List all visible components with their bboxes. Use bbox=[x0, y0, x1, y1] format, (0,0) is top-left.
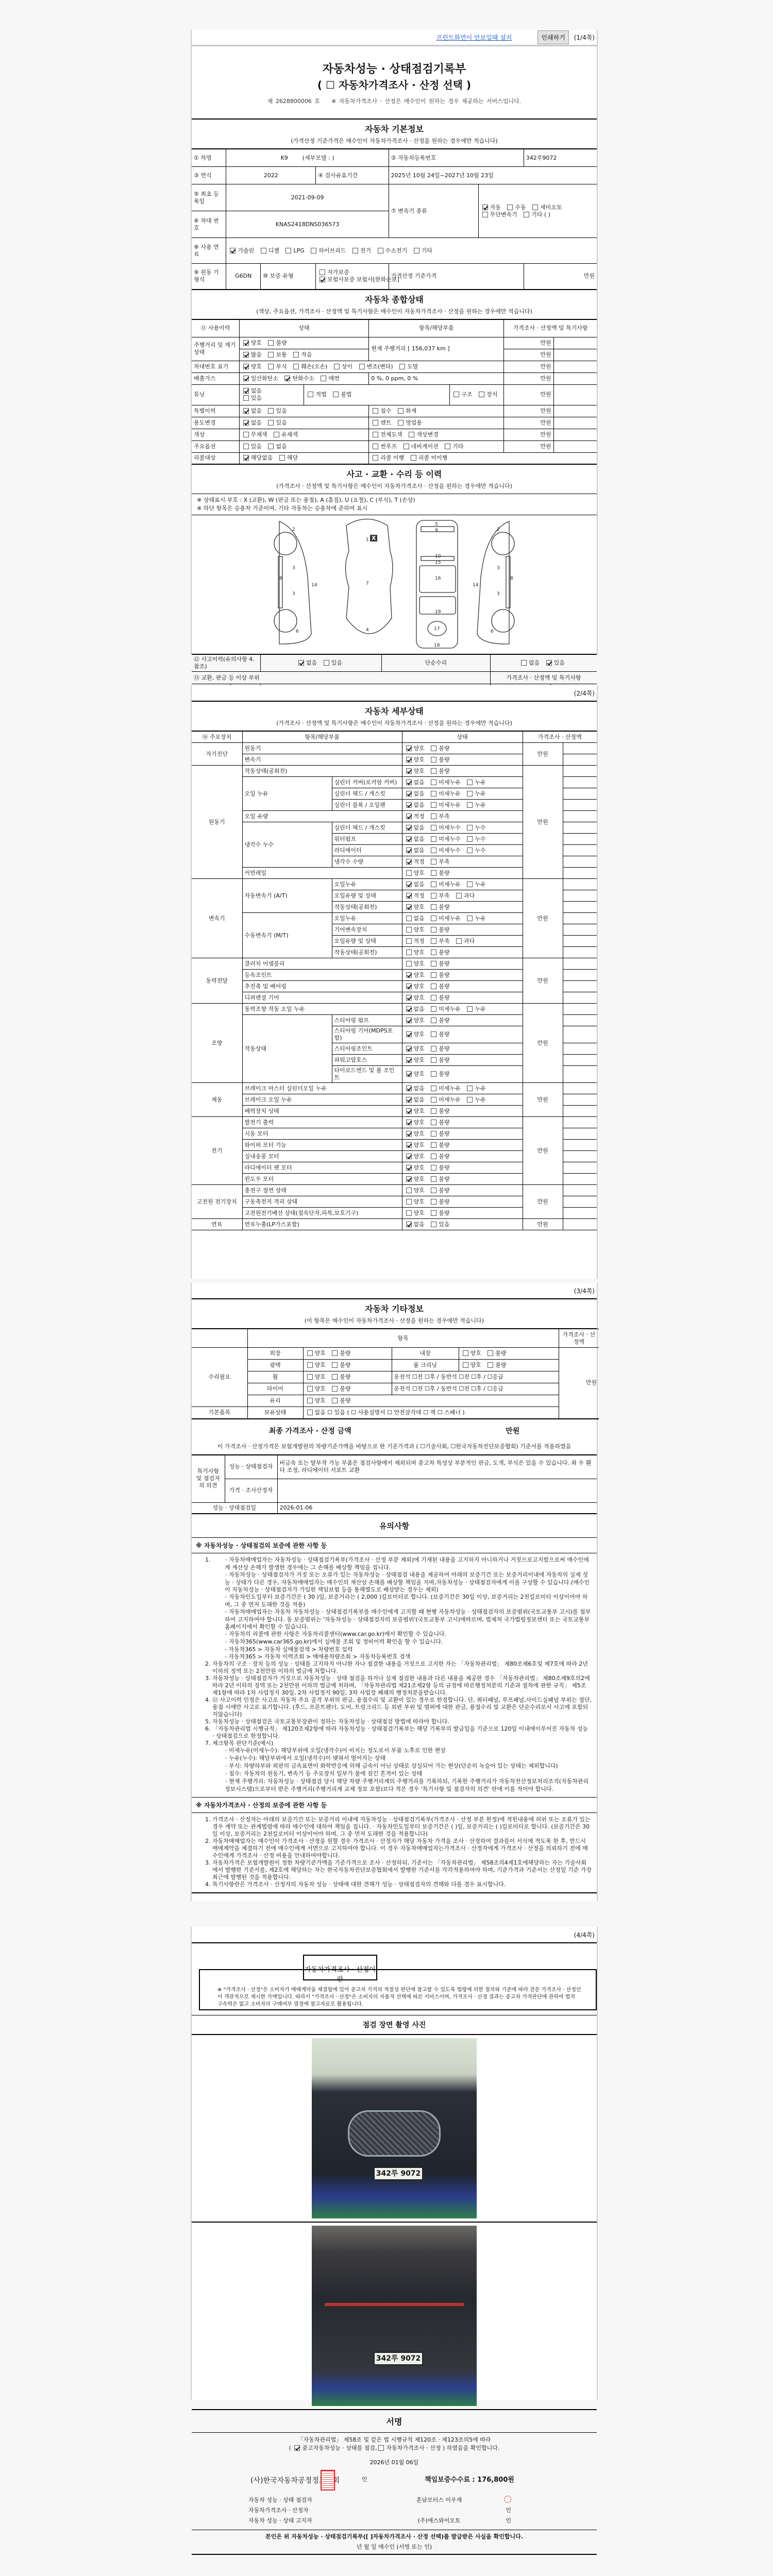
checkbox[interactable] bbox=[268, 340, 274, 346]
page-2: (2/4쪽) 자동차 세부상태 (가격조사 · 산정액 및 특기사항은 매수인이… bbox=[191, 685, 598, 1279]
checkbox[interactable] bbox=[308, 392, 313, 397]
checkbox[interactable] bbox=[431, 757, 436, 762]
basic-info-header: 자동차 기본정보 (가격산정 기준가격은 매수인이 자동차가격조사 · 산정을 … bbox=[192, 120, 597, 149]
checkbox[interactable] bbox=[406, 1097, 412, 1103]
svg-text:6: 6 bbox=[491, 629, 494, 634]
checkbox[interactable] bbox=[359, 364, 365, 369]
inspector-opinion: 비금속 또는 탈부착 가능 부품은 점검사항에서 제외되며 중고차 특성상 부분… bbox=[277, 1455, 597, 1479]
checkbox[interactable] bbox=[307, 1362, 313, 1368]
checkbox[interactable] bbox=[467, 916, 473, 921]
checkbox[interactable] bbox=[320, 269, 325, 275]
checkbox[interactable] bbox=[373, 432, 378, 437]
overall-table: ⑪ 사용이력상태항목/해당부품가격조사 · 산정액 및 특기사항 주행거리 및 … bbox=[192, 319, 597, 465]
svg-text:7: 7 bbox=[366, 581, 369, 586]
svg-text:2: 2 bbox=[292, 527, 295, 532]
checkbox[interactable] bbox=[406, 1154, 412, 1159]
checkbox[interactable] bbox=[243, 376, 249, 381]
checkbox[interactable] bbox=[463, 1362, 468, 1368]
checkbox[interactable] bbox=[406, 1188, 412, 1193]
checkbox[interactable] bbox=[431, 1131, 436, 1137]
checkbox[interactable] bbox=[431, 1108, 436, 1114]
checkbox[interactable] bbox=[431, 1086, 436, 1091]
checkbox[interactable] bbox=[404, 444, 409, 449]
document-number: 제 2628800006 호 ※ 자동차가격조사 · 산정은 매수인이 원하는 … bbox=[192, 97, 597, 105]
checkbox[interactable] bbox=[431, 1188, 436, 1193]
checkbox[interactable] bbox=[324, 660, 329, 666]
notes-list-2: 가격조사 · 산정자는 아래의 보증기간 또는 보증거리 이내에 자동차성능 ·… bbox=[192, 1813, 597, 1893]
car-outline-icon: 2338146 174 59101516191718 2338146 bbox=[192, 515, 597, 653]
checkbox[interactable] bbox=[307, 1350, 313, 1356]
checkbox[interactable] bbox=[431, 1210, 436, 1216]
checkbox[interactable] bbox=[431, 825, 436, 831]
sign-title: 서명 bbox=[192, 2410, 597, 2433]
svg-text:4: 4 bbox=[366, 628, 369, 633]
checkbox[interactable] bbox=[431, 1046, 436, 1052]
checkbox[interactable] bbox=[406, 984, 412, 989]
checkbox[interactable] bbox=[406, 1176, 412, 1182]
checkbox[interactable] bbox=[352, 248, 358, 253]
checkbox[interactable] bbox=[406, 938, 412, 944]
opinion-table: 특기사항 및 점검자의 의견성능 · 상태점검자비금속 또는 탈부착 가능 부품… bbox=[192, 1455, 597, 1515]
legend-note: ※ 상태표시 부호 : X (교환), W (판금 또는 용접), A (흠집)… bbox=[192, 494, 597, 515]
title: 자동차성능 · 상태점검기록부 bbox=[192, 62, 597, 77]
fee: 책임보증수수료 : 176,800원 bbox=[425, 2474, 514, 2484]
checkbox[interactable] bbox=[431, 995, 436, 1001]
checkbox[interactable] bbox=[431, 893, 436, 899]
other-info-table: 항목가격조사 · 산정액 수리필요외장양호 불량내장양호 불량만원 광택양호 불… bbox=[192, 1329, 599, 1419]
checkbox[interactable] bbox=[268, 420, 274, 426]
checkbox[interactable] bbox=[406, 1210, 412, 1216]
subtitle: ( ☐ 자동차가격조사 · 산정 선택 ) bbox=[192, 77, 597, 93]
svg-text:14: 14 bbox=[311, 583, 317, 588]
checkbox[interactable] bbox=[406, 757, 412, 762]
checkbox[interactable] bbox=[406, 870, 412, 876]
checkbox[interactable] bbox=[431, 927, 436, 933]
checkbox[interactable] bbox=[298, 660, 304, 666]
checkbox[interactable] bbox=[467, 1097, 473, 1103]
checkbox[interactable] bbox=[293, 364, 299, 369]
checkbox[interactable] bbox=[406, 791, 412, 796]
checkbox[interactable] bbox=[307, 1386, 313, 1392]
checkbox[interactable] bbox=[409, 432, 414, 437]
table-row: 연료연료누출(LP가스포함)없음 있음만원 bbox=[192, 1219, 597, 1230]
checkbox[interactable] bbox=[406, 972, 412, 978]
checkbox[interactable] bbox=[431, 848, 436, 853]
svg-text:17: 17 bbox=[434, 626, 440, 632]
checkbox[interactable] bbox=[406, 1086, 412, 1091]
checkbox[interactable] bbox=[268, 364, 274, 369]
notes-heading-1: ※ 자동차성능 · 상태점검의 보증에 관한 사항 등 bbox=[192, 1537, 597, 1553]
checkbox[interactable] bbox=[399, 364, 405, 369]
checkbox[interactable] bbox=[243, 364, 249, 369]
checkbox[interactable] bbox=[406, 1018, 412, 1023]
checkbox[interactable] bbox=[279, 455, 285, 461]
checkbox[interactable] bbox=[467, 1006, 473, 1012]
checkbox[interactable] bbox=[285, 248, 291, 253]
checkbox[interactable] bbox=[284, 376, 290, 381]
checkbox[interactable] bbox=[467, 802, 473, 808]
checkbox[interactable] bbox=[431, 1142, 436, 1148]
checkbox[interactable] bbox=[431, 1071, 436, 1077]
notes-title: 유의사항 bbox=[192, 1514, 597, 1537]
fuel-options: 가솔린 디젤 LPG 하이브리드 전기 수소전기 기타 bbox=[226, 238, 597, 264]
checkbox[interactable] bbox=[431, 791, 436, 796]
photo-rear: 342루 9072 bbox=[192, 2226, 597, 2410]
checkbox[interactable] bbox=[406, 961, 412, 967]
checkbox[interactable] bbox=[243, 340, 249, 346]
checkbox[interactable] bbox=[431, 950, 436, 955]
checkbox[interactable] bbox=[431, 836, 436, 842]
table-row: 자기진단원동기양호 불량만원 bbox=[192, 743, 597, 754]
checkbox[interactable] bbox=[488, 1362, 493, 1368]
checkbox[interactable] bbox=[333, 392, 339, 397]
checkbox[interactable] bbox=[431, 1154, 436, 1159]
checkbox[interactable] bbox=[406, 1165, 412, 1171]
checkbox[interactable] bbox=[230, 248, 236, 253]
checkbox[interactable] bbox=[406, 916, 412, 921]
checkbox[interactable] bbox=[406, 1131, 412, 1137]
checkbox[interactable] bbox=[467, 791, 473, 796]
checkbox[interactable] bbox=[431, 1006, 436, 1012]
accident-header: 사고 · 교환 · 수리 등 이력 (가격조사 · 산정액 및 특기사항은 매수… bbox=[192, 465, 597, 494]
signer-seal-icon bbox=[504, 2496, 511, 2503]
svg-text:10: 10 bbox=[435, 554, 441, 559]
detail-header: 자동차 세부상태 (가격조사 · 산정액 및 특기사항은 매수인이 자동차가격조… bbox=[192, 702, 597, 731]
checkbox[interactable] bbox=[532, 205, 538, 210]
checkbox[interactable] bbox=[431, 1199, 436, 1205]
checkbox[interactable] bbox=[307, 1374, 313, 1380]
other-info-header: 자동차 기타정보 (이 항목은 매수인이 자동차가격조사 · 산정을 원하는 경… bbox=[192, 1299, 597, 1329]
checkbox[interactable] bbox=[274, 432, 279, 437]
checkbox[interactable] bbox=[406, 1120, 412, 1125]
checkbox[interactable] bbox=[332, 1374, 338, 1380]
checkbox[interactable] bbox=[406, 1142, 412, 1148]
svg-text:8: 8 bbox=[510, 576, 513, 581]
warranty-options: 자가보증 보험사보증 보험사[한화손보] bbox=[316, 264, 389, 290]
page-header: (3/4쪽) bbox=[192, 1283, 597, 1299]
rear-photo: 342루 9072 bbox=[312, 2226, 477, 2406]
checkbox[interactable] bbox=[467, 1086, 473, 1091]
document-title: 자동차성능 · 상태점검기록부 ( ☐ 자동차가격조사 · 산정 선택 ) 제 … bbox=[192, 46, 597, 120]
checkbox[interactable] bbox=[467, 836, 473, 842]
checkbox[interactable] bbox=[373, 444, 378, 449]
checkbox[interactable] bbox=[406, 927, 412, 933]
checkbox[interactable] bbox=[243, 408, 249, 414]
signer-row: 자동차 성능 · 상태 점검자 훈남모터스 이우재 bbox=[192, 2496, 597, 2506]
table-row: 동력전달클러치 어셈블리양호 불량만원 bbox=[192, 958, 597, 970]
checkbox[interactable] bbox=[268, 444, 274, 449]
checkbox[interactable] bbox=[243, 455, 249, 461]
checkbox[interactable] bbox=[453, 392, 459, 397]
checkbox[interactable] bbox=[406, 768, 412, 774]
checkbox[interactable] bbox=[406, 1199, 412, 1205]
checkbox[interactable] bbox=[378, 248, 383, 253]
svg-text:3: 3 bbox=[497, 591, 500, 597]
checkbox[interactable] bbox=[406, 745, 412, 751]
checkbox[interactable] bbox=[431, 745, 436, 751]
checkbox[interactable] bbox=[431, 938, 436, 944]
checkbox[interactable] bbox=[406, 802, 412, 808]
checkbox[interactable] bbox=[521, 660, 527, 666]
checkbox[interactable] bbox=[431, 1222, 436, 1227]
checkbox[interactable] bbox=[431, 1165, 436, 1171]
svg-text:15: 15 bbox=[435, 560, 441, 565]
checkbox[interactable] bbox=[467, 882, 473, 887]
signer-row: 자동차가격조사 · 산정자 인 bbox=[192, 2506, 597, 2516]
table-row: 고전원 전기장치충전구 절연 상태양호 불량만원 bbox=[192, 1185, 597, 1196]
checkbox[interactable] bbox=[332, 1386, 338, 1392]
print-install-link[interactable]: 프린트화면이 안보일때 설치 bbox=[436, 33, 512, 42]
table-row: 제동브레이크 마스터 실린더오일 누유없음 미세누유 누유만원 bbox=[192, 1083, 597, 1094]
checkbox[interactable] bbox=[307, 1398, 313, 1403]
checkbox[interactable] bbox=[406, 1108, 412, 1114]
checkbox[interactable] bbox=[463, 1350, 468, 1356]
svg-text:19: 19 bbox=[435, 609, 441, 615]
buyer-sign-line: 년 월 일 매수인 (서명 또는 인) bbox=[192, 2543, 597, 2555]
checkbox[interactable] bbox=[243, 420, 249, 426]
checkbox[interactable] bbox=[479, 392, 484, 397]
checkbox[interactable] bbox=[406, 1222, 412, 1227]
checkbox[interactable] bbox=[431, 961, 436, 967]
checkbox[interactable] bbox=[456, 938, 462, 944]
svg-text:8: 8 bbox=[279, 576, 282, 581]
checkbox[interactable] bbox=[406, 1057, 412, 1063]
checkbox[interactable] bbox=[467, 825, 473, 831]
checkbox[interactable] bbox=[406, 859, 412, 865]
checkbox[interactable] bbox=[431, 802, 436, 808]
checkbox[interactable] bbox=[431, 1057, 436, 1063]
checkbox[interactable] bbox=[431, 779, 436, 785]
page-number: (1/4쪽) bbox=[574, 33, 595, 42]
checkbox[interactable] bbox=[293, 352, 299, 358]
final-price: 최종 가격조사 · 산정 금액만원 bbox=[192, 1419, 597, 1440]
table-row: 전기발전기 출력양호 불량만원 bbox=[192, 1117, 597, 1128]
buyer-confirm: 본인은 위 자동차성능 · 상태점검기록부([ ]자동차가격조사 · 산정 선택… bbox=[192, 2530, 597, 2543]
svg-text:16: 16 bbox=[435, 576, 441, 581]
print-button[interactable]: 인쇄하기 bbox=[537, 30, 568, 44]
svg-text:14: 14 bbox=[473, 583, 479, 588]
checkbox[interactable] bbox=[243, 388, 249, 394]
checkbox[interactable] bbox=[406, 825, 412, 831]
checkbox[interactable] bbox=[467, 848, 473, 853]
checkbox[interactable] bbox=[406, 848, 412, 853]
law-statement: 「자동차관리법」 제58조 및 같은 법 시행규칙 제120조 · 제123조의… bbox=[192, 2433, 597, 2470]
checkbox[interactable] bbox=[406, 1031, 412, 1037]
checkbox[interactable] bbox=[431, 916, 436, 921]
car-damage-diagram: 2338146 174 59101516191718 2338146 X bbox=[192, 515, 597, 654]
checkbox[interactable] bbox=[373, 408, 378, 414]
checkbox[interactable] bbox=[321, 376, 326, 381]
basic-info-table: ① 차명 K9 (세부모델 : ) ② 자동차등록번호 342루9072 ③ 연… bbox=[192, 149, 597, 290]
checkbox[interactable] bbox=[406, 950, 412, 955]
checkbox[interactable] bbox=[431, 972, 436, 978]
checkbox[interactable] bbox=[445, 444, 450, 449]
checkbox[interactable] bbox=[431, 768, 436, 774]
checkbox[interactable] bbox=[406, 836, 412, 842]
checkbox[interactable] bbox=[268, 352, 274, 358]
checkbox[interactable] bbox=[406, 882, 412, 887]
checkbox[interactable] bbox=[431, 859, 436, 865]
svg-text:9: 9 bbox=[435, 528, 438, 533]
checkbox[interactable] bbox=[332, 1350, 338, 1356]
photo-front: 342루 9072 bbox=[192, 2038, 597, 2223]
svg-text:5: 5 bbox=[435, 522, 438, 527]
page-header: (2/4쪽) bbox=[192, 685, 597, 702]
checkbox[interactable] bbox=[406, 995, 412, 1001]
page-header: (4/4쪽) bbox=[192, 1927, 597, 1943]
svg-text:2: 2 bbox=[497, 527, 500, 532]
checkbox[interactable] bbox=[414, 248, 419, 253]
checkbox[interactable] bbox=[431, 1018, 436, 1023]
checkbox[interactable] bbox=[243, 395, 249, 401]
checkbox[interactable] bbox=[406, 814, 412, 819]
checkbox[interactable] bbox=[261, 248, 266, 253]
signers: 자동차 성능 · 상태 점검자 훈남모터스 이우재 자동차가격조사 · 산정자 … bbox=[192, 2490, 597, 2530]
table-row: 변속기자동변속기 (A/T)오일누유없음 미세누유 누유만원 bbox=[192, 879, 597, 890]
notes-list-1: 자동차매매업자는 자동차성능 · 상태점검기록부(가격조사 · 산정 부분 제외… bbox=[192, 1553, 597, 1797]
checkbox[interactable] bbox=[411, 455, 416, 461]
checkbox[interactable] bbox=[268, 408, 274, 414]
checkbox[interactable] bbox=[431, 870, 436, 876]
checkbox[interactable] bbox=[482, 212, 488, 217]
checkbox[interactable] bbox=[546, 660, 552, 666]
svg-text:6: 6 bbox=[296, 629, 299, 634]
checkbox[interactable] bbox=[398, 420, 404, 426]
svg-text:3: 3 bbox=[292, 591, 295, 597]
page-3: (3/4쪽) 자동차 기타정보 (이 항목은 매수인이 자동차가격조사 · 산정… bbox=[191, 1283, 598, 1901]
front-photo: 342루 9072 bbox=[312, 2038, 477, 2218]
checkbox[interactable] bbox=[406, 1071, 412, 1077]
page-1: 프린트화면이 안보일때 설치 인쇄하기 (1/4쪽) 자동차성능 · 상태점검기… bbox=[191, 30, 598, 654]
checkbox[interactable] bbox=[488, 1350, 493, 1356]
checkbox[interactable] bbox=[482, 205, 488, 210]
page-4: (4/4쪽) 자동차가격조사 · 산정이란 ※ "가격조사 · 산정"은 소비자… bbox=[191, 1927, 598, 2400]
checkbox[interactable] bbox=[243, 444, 249, 449]
checkbox[interactable] bbox=[373, 455, 378, 461]
price-info-box: 자동차가격조사 · 산정이란 ※ "가격조사 · 산정"은 소비자가 매매계약을… bbox=[192, 1943, 597, 2015]
checkbox[interactable] bbox=[311, 248, 316, 253]
page-header: 프린트화면이 안보일때 설치 인쇄하기 (1/4쪽) bbox=[192, 30, 597, 46]
signer-row: 자동차 성능 · 상태 고지자 (주)에스와이오토인 bbox=[192, 2516, 597, 2527]
overall-header: 자동차 종합상태 (색상, 주요옵션, 가격조사 · 산정액 및 특기사항은 매… bbox=[192, 290, 597, 319]
svg-text:3: 3 bbox=[292, 566, 295, 571]
checkbox[interactable] bbox=[431, 1097, 436, 1103]
checkbox[interactable] bbox=[320, 277, 325, 282]
transmission-options: 자동 수동 세미오토 무단변속기 기타 ( ) bbox=[478, 184, 597, 238]
checkbox[interactable] bbox=[431, 904, 436, 910]
checkbox[interactable] bbox=[406, 904, 412, 910]
checkbox[interactable] bbox=[332, 1398, 338, 1403]
checkbox[interactable] bbox=[406, 1046, 412, 1052]
final-note: 이 가격조사 · 산정가격은 보험개발원의 차량기준가액을 바탕으로 한 기준가… bbox=[192, 1440, 597, 1455]
checkbox[interactable] bbox=[243, 432, 249, 437]
svg-text:18: 18 bbox=[434, 643, 440, 648]
checkbox[interactable] bbox=[507, 205, 513, 210]
svg-text:1: 1 bbox=[366, 537, 369, 543]
svg-text:3: 3 bbox=[497, 566, 500, 571]
checkbox[interactable] bbox=[373, 420, 378, 426]
checkbox[interactable] bbox=[398, 408, 404, 414]
checkbox[interactable] bbox=[332, 1362, 338, 1368]
checkbox[interactable] bbox=[431, 882, 436, 887]
checkbox[interactable] bbox=[334, 364, 340, 369]
checkbox[interactable] bbox=[524, 212, 529, 217]
org-seal-icon bbox=[321, 2470, 335, 2490]
notes-heading-2: ※ 자동차가격조사 · 산정의 보증에 관한 사항 등 bbox=[192, 1797, 597, 1813]
checkbox[interactable] bbox=[243, 352, 249, 358]
checkbox[interactable] bbox=[431, 1031, 436, 1037]
checkbox[interactable] bbox=[431, 1176, 436, 1182]
detail-table: ⑭ 주요장치항목/해당부품상태가격조사 · 산정액 자기진단원동기양호 불량만원… bbox=[192, 731, 597, 1230]
part-1-exchange-mark: X bbox=[370, 535, 377, 541]
table-row: 원동기작동상태(공회전)양호 불량만원 bbox=[192, 766, 597, 777]
photo-title: 점검 장면 촬영 사진 bbox=[192, 2015, 597, 2035]
org-signature: (사)한국자동차공정정보협회 인 책임보증수수료 : 176,800원 bbox=[192, 2470, 597, 2490]
checkbox[interactable] bbox=[431, 984, 436, 989]
checkbox[interactable] bbox=[406, 893, 412, 899]
table-row: 조향동력조향 작동 오일 누유없음 미세누유 누유만원 bbox=[192, 1004, 597, 1015]
checkbox[interactable] bbox=[406, 779, 412, 785]
checkbox[interactable] bbox=[431, 814, 436, 819]
checkbox[interactable] bbox=[456, 893, 462, 899]
checkbox[interactable] bbox=[431, 1120, 436, 1125]
checkbox[interactable] bbox=[467, 779, 473, 785]
checkbox[interactable] bbox=[406, 1006, 412, 1012]
